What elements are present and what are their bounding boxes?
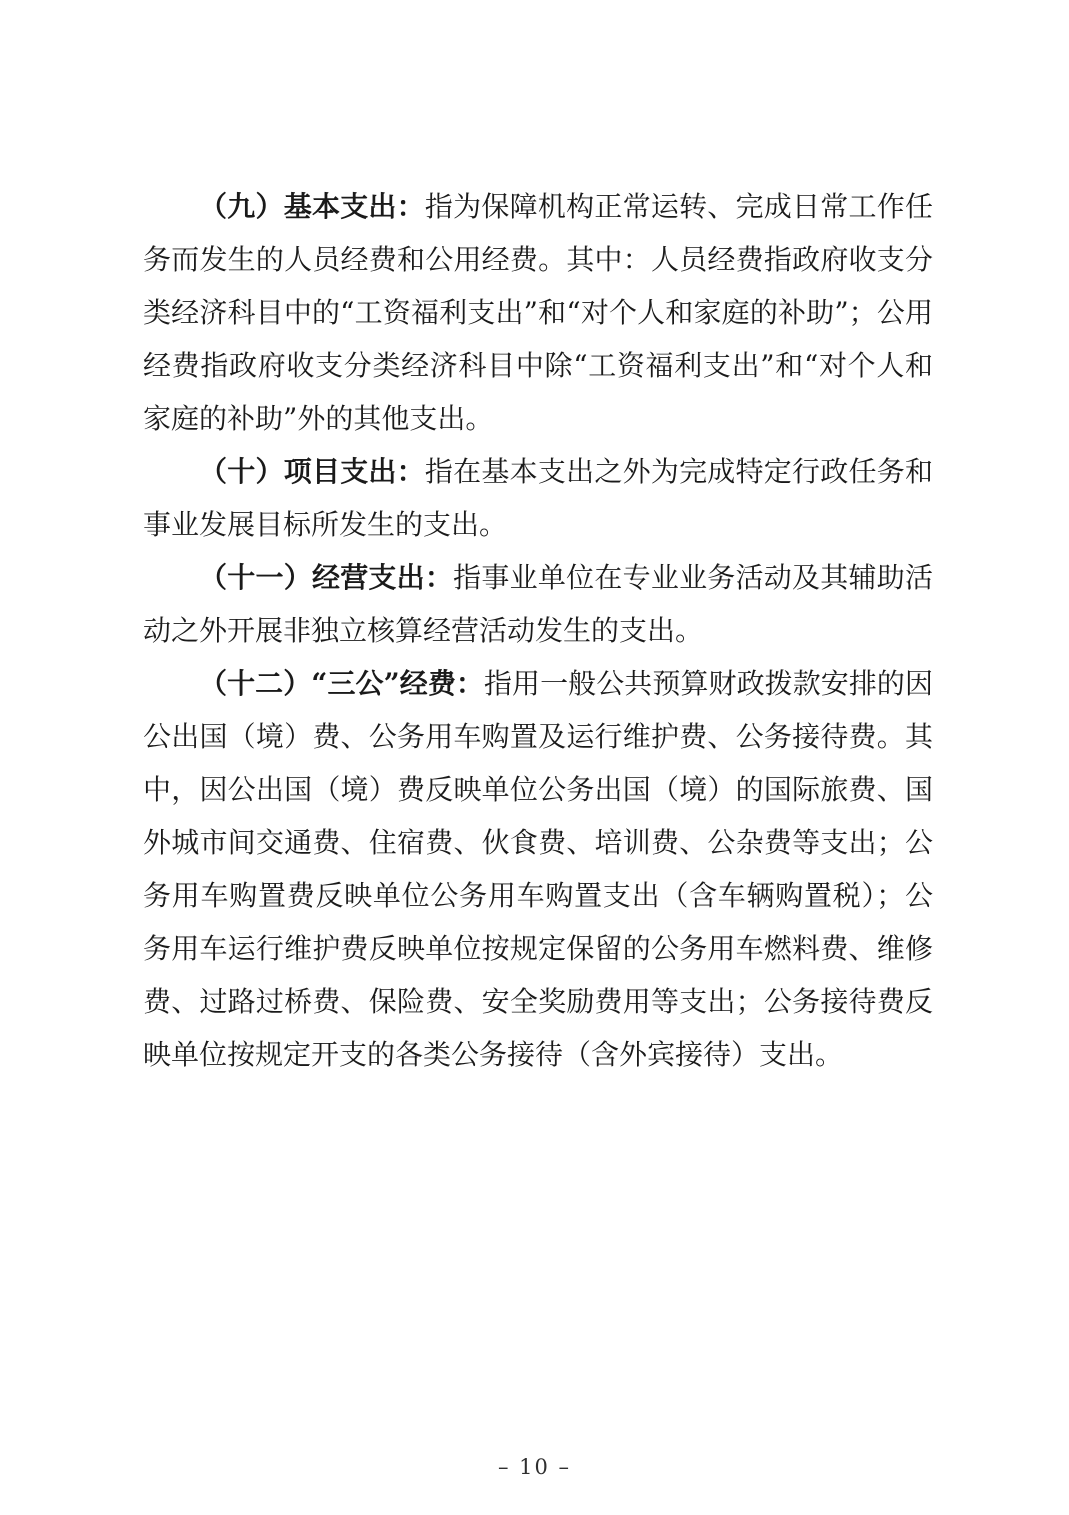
paragraph-basic-expenditure-label: （九）基本支出：	[199, 190, 425, 223]
document-body: （九）基本支出：指为保障机构正常运转、完成日常工作任务而发生的人员经费和公用经费…	[143, 180, 933, 1081]
page-number: – 10 –	[0, 1455, 1069, 1479]
paragraph-project-expenditure: （十）项目支出：指在基本支出之外为完成特定行政任务和事业发展目标所发生的支出。	[143, 445, 933, 551]
paragraph-three-public-funds-text: 指用一般公共预算财政拨款安排的因公出国（境）费、公务用车购置及运行维护费、公务接…	[143, 667, 933, 1071]
paragraph-operating-expenditure: （十一）经营支出：指事业单位在专业业务活动及其辅助活动之外开展非独立核算经营活动…	[143, 551, 933, 657]
document-page: （九）基本支出：指为保障机构正常运转、完成日常工作任务而发生的人员经费和公用经费…	[0, 0, 1069, 1515]
paragraph-project-expenditure-label: （十）项目支出：	[199, 455, 425, 488]
paragraph-three-public-funds: （十二）“三公”经费：指用一般公共预算财政拨款安排的因公出国（境）费、公务用车购…	[143, 657, 933, 1081]
paragraph-operating-expenditure-label: （十一）经营支出：	[199, 561, 453, 594]
paragraph-basic-expenditure: （九）基本支出：指为保障机构正常运转、完成日常工作任务而发生的人员经费和公用经费…	[143, 180, 933, 445]
paragraph-three-public-funds-label: （十二）“三公”经费：	[199, 667, 484, 700]
paragraph-basic-expenditure-text: 指为保障机构正常运转、完成日常工作任务而发生的人员经费和公用经费。其中：人员经费…	[143, 190, 933, 435]
